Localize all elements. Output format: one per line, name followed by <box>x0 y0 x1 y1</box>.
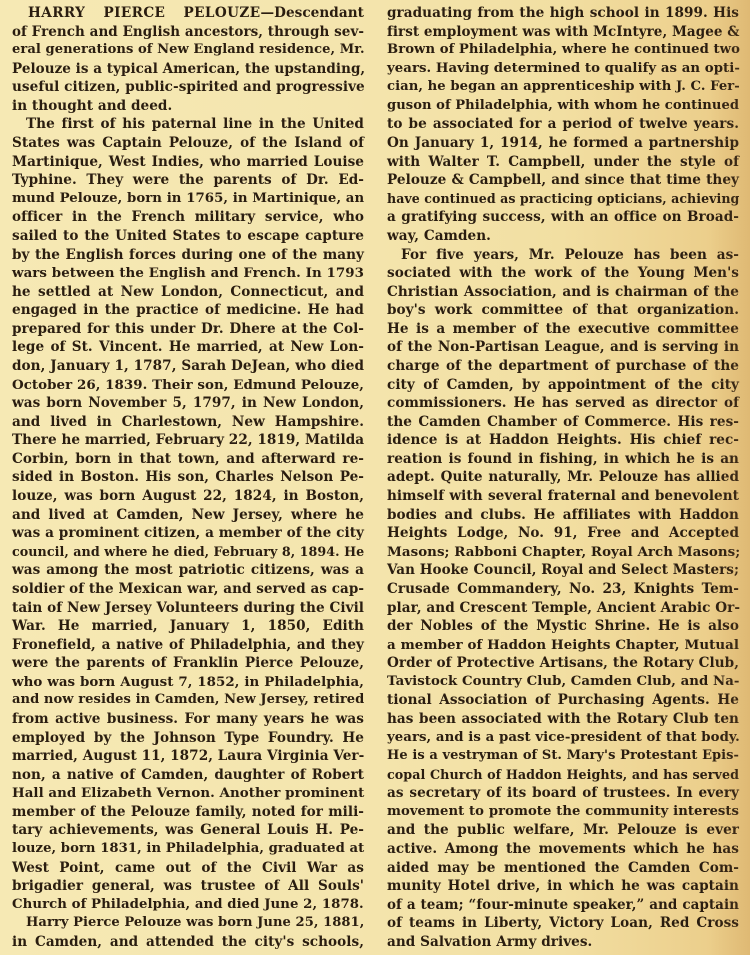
text-line: and lived at Camden, New Jersey, where h… <box>12 506 364 525</box>
text-line: himself with several fraternal and benev… <box>387 487 739 506</box>
text-line: in Camden, and attended the city's schoo… <box>12 933 364 952</box>
text-line: and lived in Charlestown, New Hampshire. <box>12 413 364 432</box>
text-line: guson of Philadelphia, with whom he cont… <box>387 97 739 116</box>
text-line: don, January 1, 1787, Sarah DeJean, who … <box>12 357 364 376</box>
text-line: He is a member of the executive committe… <box>387 320 739 339</box>
text-line: years. Having determined to qualify as a… <box>387 60 739 79</box>
text-line: to be associated for a period of twelve … <box>387 115 739 134</box>
text-line: commissioners. He has served as director… <box>387 394 739 413</box>
text-line: Pelouze & Campbell, and since that time … <box>387 171 739 190</box>
text-line: aided may be mentioned the Camden Com- <box>387 859 739 878</box>
text-line: sociated with the work of the Young Men'… <box>387 264 739 283</box>
text-line: was among the most patriotic citizens, w… <box>12 561 364 580</box>
text-line: der Nobles of the Mystic Shrine. He is a… <box>387 617 739 636</box>
paragraph-start-line: The first of his paternal line in the Un… <box>12 115 364 134</box>
text-line: of a team; “four-minute speaker,” and ca… <box>387 896 739 915</box>
text-line: Typhine. They were the parents of Dr. Ed… <box>12 171 364 190</box>
text-line: in thought and deed. <box>12 97 364 116</box>
text-line: and the public welfare, Mr. Pelouze is e… <box>387 821 739 840</box>
text-line: of the Non-Partisan League, and is servi… <box>387 338 739 357</box>
paragraph-start-line: For five years, Mr. Pelouze has been as- <box>387 246 739 265</box>
text-line: member of the Pelouze family, noted for … <box>12 803 364 822</box>
text-line: munity Hotel drive, in which he was capt… <box>387 877 739 896</box>
text-line: has been associated with the Rotary Club… <box>387 710 739 729</box>
text-line: Brown of Philadelphia, where he continue… <box>387 41 739 60</box>
text-line: Christian Association, and is chairman o… <box>387 283 739 302</box>
paragraph-start-line: Harry Pierce Pelouze was born June 25, 1… <box>12 914 364 933</box>
text-line: There he married, February 22, 1819, Mat… <box>12 431 364 450</box>
text-line: have continued as practicing opticians, … <box>387 190 739 209</box>
text-line: way, Camden. <box>387 227 739 246</box>
text-line: West Point, came out of the Civil War as <box>12 859 364 878</box>
text-line: city of Camden, by appointment of the ci… <box>387 376 739 395</box>
text-line: plar, and Crescent Temple, Ancient Arabi… <box>387 599 739 618</box>
text-line: He is a vestryman of St. Mary's Protesta… <box>387 747 739 766</box>
text-line: Order of Protective Artisans, the Rotary… <box>387 654 739 673</box>
text-line: sided in Boston. His son, Charles Nelson… <box>12 468 364 487</box>
subject-name-heading: HARRY PIERCE PELOUZE <box>28 5 260 21</box>
text-line: by the English forces during one of the … <box>12 246 364 265</box>
text-line: of teams in Liberty, Victory Loan, Red C… <box>387 914 739 933</box>
text-line: Van Hooke Council, Royal and Select Mast… <box>387 561 739 580</box>
text-line: October 26, 1839. Their son, Edmund Pelo… <box>12 376 364 395</box>
text-line: was born November 5, 1797, in New London… <box>12 394 364 413</box>
text-line: tary achievements, was General Louis H. … <box>12 821 364 840</box>
text-line: and Salvation Army drives. <box>387 933 739 952</box>
text-line: useful citizen, public-spirited and prog… <box>12 78 364 97</box>
text-line: as secretary of its board of trustees. I… <box>387 784 739 803</box>
text-line: Pelouze is a typical American, the upsta… <box>12 60 364 79</box>
text-line: On January 1, 1914, he formed a partners… <box>387 134 739 153</box>
text-line: lege of St. Vincent. He married, at New … <box>12 338 364 357</box>
text-line: charge of the department of purchase of … <box>387 357 739 376</box>
right-column: graduating from the high school in 1899.… <box>387 4 739 951</box>
text-line: the Camden Chamber of Commerce. His res- <box>387 413 739 432</box>
text-line: who was born August 7, 1852, in Philadel… <box>12 673 364 692</box>
text-line: and now resides in Camden, New Jersey, r… <box>12 691 364 710</box>
text-line: eral generations of New England residenc… <box>12 41 364 60</box>
text-line: copal Church of Haddon Heights, and has … <box>387 766 739 785</box>
headline-line: HARRY PIERCE PELOUZE—Descendant <box>12 4 364 23</box>
text-line: movement to promote the community intere… <box>387 803 739 822</box>
text-line: were the parents of Franklin Pierce Pelo… <box>12 654 364 673</box>
text-line: cian, he began an apprenticeship with J.… <box>387 78 739 97</box>
text-line: wars between the English and French. In … <box>12 264 364 283</box>
text-line: Corbin, born in that town, and afterward… <box>12 450 364 469</box>
text-line: of French and English ancestors, through… <box>12 23 364 42</box>
scanned-page: HARRY PIERCE PELOUZE—Descendant of Frenc… <box>0 0 750 955</box>
text-line: Tavistock Country Club, Camden Club, and… <box>387 673 739 692</box>
text-line: Hall and Elizabeth Vernon. Another promi… <box>12 784 364 803</box>
text-line: he settled at New London, Connecticut, a… <box>12 283 364 302</box>
text-line: louze, was born August 22, 1824, in Bost… <box>12 487 364 506</box>
text-line: Church of Philadelphia, and died June 2,… <box>12 896 364 915</box>
text-line: idence is at Haddon Heights. His chief r… <box>387 431 739 450</box>
text-line: married, August 11, 1872, Laura Virginia… <box>12 747 364 766</box>
text-line: a gratifying success, with an office on … <box>387 208 739 227</box>
text-line: tain of New Jersey Volunteers during the… <box>12 599 364 618</box>
text-line: brigadier general, was trustee of All So… <box>12 877 364 896</box>
text-line: tional Association of Purchasing Agents.… <box>387 691 739 710</box>
text-line: was a prominent citizen, a member of the… <box>12 524 364 543</box>
text-line: council, and where he died, February 8, … <box>12 543 364 562</box>
text-line: Masons; Rabboni Chapter, Royal Arch Maso… <box>387 543 739 562</box>
text-line: first employment was with McIntyre, Mage… <box>387 23 739 42</box>
text-line: sailed to the United States to escape ca… <box>12 227 364 246</box>
text-line: mund Pelouze, born in 1765, in Martiniqu… <box>12 190 364 209</box>
text-line: employed by the Johnson Type Foundry. He <box>12 729 364 748</box>
text-line: States was Captain Pelouze, of the Islan… <box>12 134 364 153</box>
text-line: officer in the French military service, … <box>12 208 364 227</box>
text-line: soldier of the Mexican war, and served a… <box>12 580 364 599</box>
text-line: adept. Quite naturally, Mr. Pelouze has … <box>387 468 739 487</box>
text-line: War. He married, January 1, 1850, Edith <box>12 617 364 636</box>
text-line: boy's work committee of that organizatio… <box>387 301 739 320</box>
text-line: with Walter T. Campbell, under the style… <box>387 153 739 172</box>
text-line: a member of Haddon Heights Chapter, Mutu… <box>387 636 739 655</box>
text-line: active. Among the movements which he has <box>387 840 739 859</box>
left-column: HARRY PIERCE PELOUZE—Descendant of Frenc… <box>12 4 364 951</box>
text-line: Fronefield, a native of Philadelphia, an… <box>12 636 364 655</box>
text-line: years, and is a past vice-president of t… <box>387 729 739 748</box>
text-line: —Descendant <box>260 5 364 21</box>
text-line: prepared for this under Dr. Dhere at the… <box>12 320 364 339</box>
text-line: louze, born 1831, in Philadelphia, gradu… <box>12 840 364 859</box>
text-line: from active business. For many years he … <box>12 710 364 729</box>
text-line: Crusade Commandery, No. 23, Knights Tem- <box>387 580 739 599</box>
text-line: graduating from the high school in 1899.… <box>387 4 739 23</box>
text-line: Martinique, West Indies, who married Lou… <box>12 153 364 172</box>
text-line: engaged in the practice of medicine. He … <box>12 301 364 320</box>
text-line: reation is found in fishing, in which he… <box>387 450 739 469</box>
text-line: Heights Lodge, No. 91, Free and Accepted <box>387 524 739 543</box>
text-line: bodies and clubs. He affiliates with Had… <box>387 506 739 525</box>
text-line: non, a native of Camden, daughter of Rob… <box>12 766 364 785</box>
